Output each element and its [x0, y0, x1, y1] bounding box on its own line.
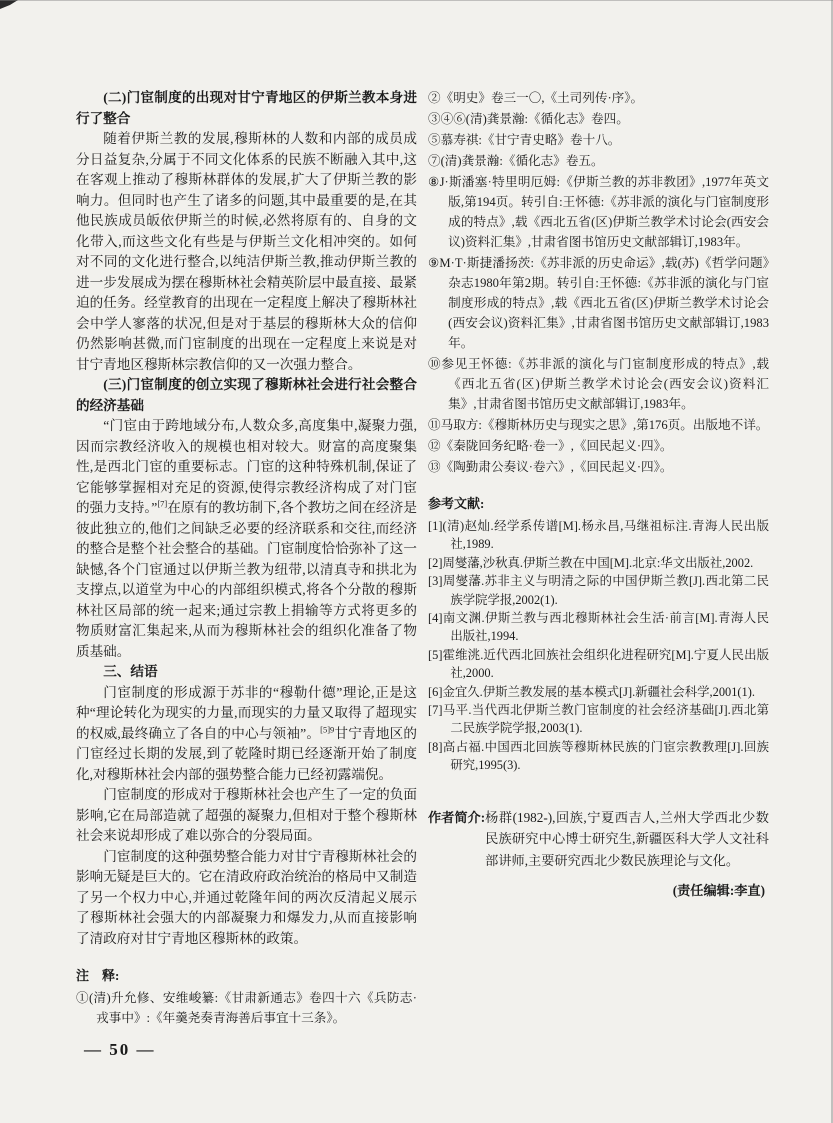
- left-column: (二)门宦制度的出现对甘宁青地区的伊斯兰教本身进行了整合 随着伊斯兰教的发展,穆…: [76, 88, 417, 1029]
- footnote-item: ①(清)升允修、安维峻纂:《甘肃新通志》卷四十六《兵防志·戎事中》:《年羹尧奏青…: [76, 988, 417, 1028]
- endnote-item: ⑪马取方:《穆斯林历史与现实之思》,第176页。出版地不详。: [428, 415, 769, 435]
- endnote-item: ⑬《陶勤肃公奏议·卷六》,《回民起义·四》。: [428, 457, 769, 477]
- page-number: — 50 —: [84, 1040, 156, 1060]
- notes-heading: 注 释:: [76, 965, 417, 984]
- scan-artifact-corner: [0, 0, 18, 9]
- author-bio: 作者简介: 杨群(1982-),回族,宁夏西吉人,兰州大学西北少数民族研究中心博…: [428, 807, 769, 872]
- endnote-item: ⑦(清)龚景瀚:《循化志》卷五。: [428, 151, 769, 171]
- subsection-heading-2: (二)门宦制度的出现对甘宁青地区的伊斯兰教本身进行了整合: [76, 88, 417, 129]
- reference-item: [3]周燮藩.苏非主义与明清之际的中国伊斯兰教[J].西北第二民族学院学报,20…: [428, 572, 769, 609]
- endnote-item: ⑧J·斯潘塞·特里明厄姆:《伊斯兰教的苏非教团》,1977年英文版,第194页。…: [428, 172, 769, 252]
- reference-item: [5]霍维洮.近代西北回族社会组织化进程研究[M].宁夏人民出版社,2000.: [428, 646, 769, 683]
- right-column: ②《明史》卷三一〇,《土司列传·序》。 ③④⑥(清)龚景瀚:《循化志》卷四。 ⑤…: [428, 88, 769, 899]
- scan-edge-top: [0, 0, 833, 1]
- endnote-item: ⑤慕寿祺:《甘宁青史略》卷十八。: [428, 130, 769, 150]
- endnote-item: ⑨M·T·斯捷潘扬茨:《苏非派的历史命运》,载(苏)《哲学问题》杂志1980年第…: [428, 253, 769, 353]
- body-paragraph: 随着伊斯兰教的发展,穆斯林的人数和内部的成员成分日益复杂,分属于不同文化体系的民…: [76, 129, 417, 375]
- endnote-item: ⑩参见王怀德:《苏非派的演化与门宦制度形成的特点》,载《西北五省(区)伊斯兰教学…: [428, 354, 769, 414]
- endnote-item: ⑫《秦陇回务纪略·卷一》,《回民起义·四》。: [428, 436, 769, 456]
- author-bio-text: 杨群(1982-),回族,宁夏西吉人,兰州大学西北少数民族研究中心博士研究生,新…: [485, 807, 769, 872]
- author-bio-label: 作者简介:: [428, 807, 485, 872]
- reference-item: [4]南文渊.伊斯兰教与西北穆斯林社会生活·前言[M].青海人民出版社,1994…: [428, 609, 769, 646]
- body-paragraph: 门宦制度的形成对于穆斯林社会也产生了一定的负面影响,它在局部造就了超强的凝聚力,…: [76, 785, 417, 847]
- superscript-citation-5: [5]9: [320, 724, 334, 734]
- reference-item: [6]金宜久.伊斯兰教发展的基本模式[J].新疆社会科学,2001(1).: [428, 683, 769, 701]
- references-heading: 参考文献:: [428, 493, 769, 512]
- paragraph-text: 在原有的教坊制下,各个教坊之间在经济是彼此独立的,他们之间缺乏必要的经济联系和交…: [76, 500, 417, 659]
- conclusion-heading: 三、结语: [76, 662, 417, 683]
- journal-page: (二)门宦制度的出现对甘宁青地区的伊斯兰教本身进行了整合 随着伊斯兰教的发展,穆…: [0, 0, 833, 1123]
- endnote-item: ③④⑥(清)龚景瀚:《循化志》卷四。: [428, 109, 769, 129]
- body-paragraph: 门宦制度的形成源于苏非的“穆勒什德”理论,正是这种“理论转化为现实的力量,而现实…: [76, 683, 417, 786]
- endnote-item: ②《明史》卷三一〇,《土司列传·序》。: [428, 88, 769, 108]
- editor-note: (责任编辑:李直): [428, 880, 769, 899]
- subsection-heading-3: (三)门宦制度的创立实现了穆斯林社会进行社会整合的经济基础: [76, 375, 417, 416]
- reference-item: [8]高占福.中国西北回族等穆斯林民族的门宦宗教教理[J].回族研究,1995(…: [428, 738, 769, 775]
- body-paragraph: “门宦由于跨地域分布,人数众多,高度集中,凝聚力强,因而宗教经济收入的规模也相对…: [76, 416, 417, 662]
- reference-item: [7]马平.当代西北伊斯兰教门宦制度的社会经济基础[J].西北第二民族学院学报,…: [428, 701, 769, 738]
- reference-item: [2]周燮藩,沙秋真.伊斯兰教在中国[M].北京:华文出版社,2002.: [428, 554, 769, 572]
- reference-item: [1](清)赵灿.经学系传谱[M].杨永昌,马继祖标注.青海人民出版社,1989…: [428, 517, 769, 554]
- superscript-citation-7: [7]: [157, 498, 167, 508]
- body-paragraph: 门宦制度的这种强势整合能力对甘宁青穆斯林社会的影响无疑是巨大的。它在清政府政治统…: [76, 847, 417, 950]
